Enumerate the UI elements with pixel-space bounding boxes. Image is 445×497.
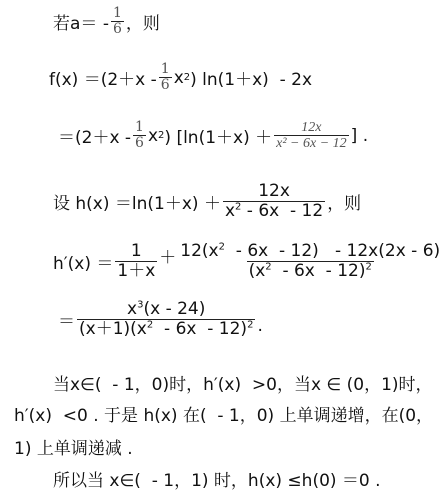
sign-analysis-line-3: 1) 上单调递减 . [14, 434, 133, 459]
f-definition-line: f(x) ＝(2＋x - 1 6 x2 ) ln(1＋x) - 2x [49, 62, 312, 94]
fraction-derivative-quotient: 12(x2 - 6x - 12) - 12x(2x - 6) (x2 - 6x … [178, 242, 442, 280]
h-prefix: 设 h(x) ＝ln(1＋x) ＋ [53, 189, 221, 214]
h-suffix: ，则 [327, 189, 361, 214]
condition-suffix: ，则 [126, 9, 160, 34]
denominator: (x2 - 6x - 12)2 [247, 261, 374, 281]
h-derivative-simplified-line: ＝ x3(x - 24) (x＋1)(x2 - 6x - 12)2 . [58, 300, 263, 338]
factored-mid: ) [ln(1＋x) ＋ [164, 123, 272, 148]
condition-prefix: 若a＝ - [53, 9, 109, 34]
denominator: (x＋1)(x2 - 6x - 12)2 [77, 319, 255, 339]
x-term: x [148, 126, 158, 146]
denominator: x2 - 6x - 12 [223, 201, 325, 221]
fraction-one-sixth: 1 6 [111, 6, 124, 38]
hprime-prefix: h′(x) ＝ [53, 249, 113, 274]
fraction-one-sixth: 1 6 [159, 62, 172, 94]
fraction-simplified: x3(x - 24) (x＋1)(x2 - 6x - 12)2 [77, 300, 255, 338]
fraction-12x-over-quadratic: 12x x² − 6x − 12 [274, 120, 349, 152]
numerator: 12(x2 - 6x - 12) - 12x(2x - 6) [178, 242, 442, 261]
factored-prefix: ＝(2＋x - [58, 123, 131, 148]
period: . [257, 316, 262, 336]
plus-sign: ＋ [159, 243, 176, 268]
sign-analysis-line-2: h′(x) <0 . 于是 h(x) 在( - 1，0) 上单调递增，在(0， [14, 401, 433, 426]
fraction-12x-over-quadratic: 12x x2 - 6x - 12 [223, 182, 325, 220]
factored-suffix: ] . [351, 126, 368, 146]
conclusion-line: 所以当 x∈( - 1，1) 时，h(x) ≤h(0) ＝0 . [53, 466, 381, 491]
f-prefix: f(x) ＝(2＋x - [49, 65, 157, 90]
f-suffix: ) ln(1＋x) - 2x [190, 65, 312, 90]
h-derivative-line: h′(x) ＝ 1 1＋x ＋ 12(x2 - 6x - 12) - 12x(2… [53, 242, 444, 280]
f-factored-line: ＝(2＋x - 1 6 x2 ) [ln(1＋x) ＋ 12x x² − 6x … [58, 120, 368, 152]
fraction-1-over-1plusx: 1 1＋x [115, 242, 157, 280]
sign-analysis-line-1: 当x∈( - 1，0)时，h′(x) >0，当x ∈ (0，1)时， [53, 370, 433, 395]
equals-sign: ＝ [58, 307, 75, 332]
h-definition-line: 设 h(x) ＝ln(1＋x) ＋ 12x x2 - 6x - 12 ，则 [53, 182, 361, 220]
condition-line: 若a＝ - 1 6 ，则 [53, 6, 160, 38]
fraction-one-sixth: 1 6 [133, 120, 146, 152]
x-term: x [174, 68, 184, 88]
numerator: x3(x - 24) [125, 300, 207, 319]
